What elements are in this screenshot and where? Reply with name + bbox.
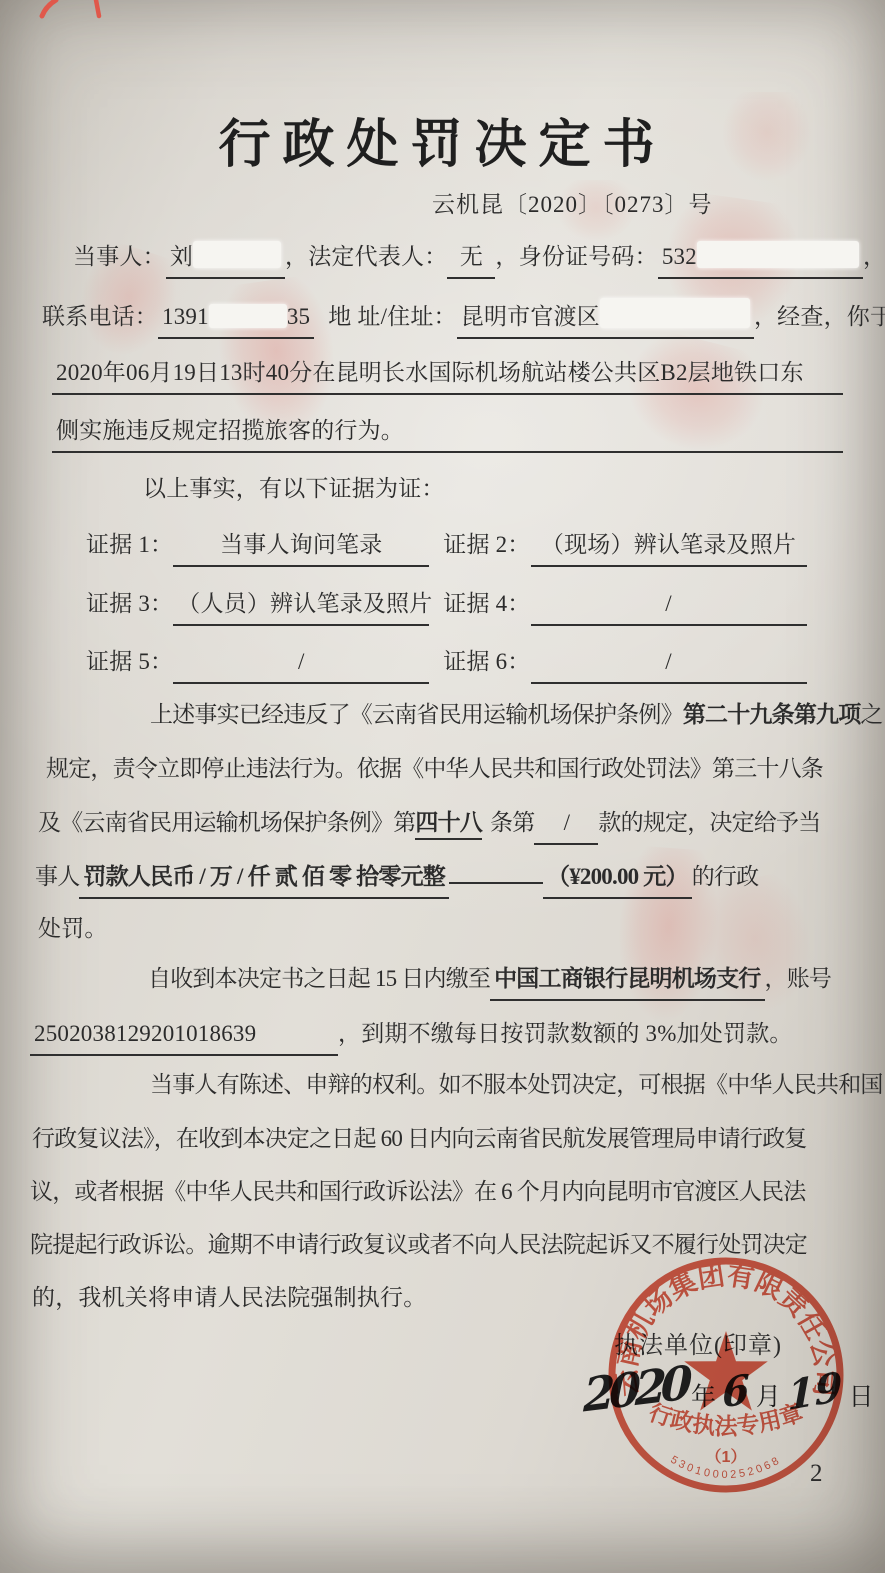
- rights-line-2: 行政复议法》，在收到本决定之日起 60 日内向云南省民航发展管理局申请行政复: [32, 1122, 807, 1156]
- official-seal: 云南机场集团有限责任公司 行政执法专用章 （1） 5301000252068: [601, 1250, 851, 1500]
- clause-number: /: [534, 806, 598, 845]
- red-pen-mark: [28, 0, 158, 20]
- id-number: 532: [658, 240, 863, 279]
- evidence-item-value: /: [531, 645, 807, 684]
- phone-label: 联系电话：: [42, 304, 158, 329]
- decision-line-2: 规定，责令立即停止违法行为。依据《中华人民共和国行政处罚法》第三十八条: [46, 752, 823, 786]
- party-label: 当事人：: [73, 244, 166, 269]
- redaction-mark: [193, 241, 281, 268]
- evidence-row: 证据 1：当事人询问笔录证据 2：（现场）辨认笔录及照片: [86, 528, 807, 567]
- evidence-item-label: 证据 2：: [443, 532, 530, 557]
- contact-line: 联系电话：139135地 址/住址：昆明市官渡区，经查，你于: [42, 298, 885, 339]
- address-label: 地 址/住址：: [328, 304, 457, 329]
- evidence-item-label: 证据 5：: [86, 649, 173, 674]
- page-title: 行政处罚决定书: [0, 102, 885, 177]
- violation-line-1: 2020年06月19日13时40分在昆明长水国际机场航站楼公共区B2层地铁口东: [52, 356, 843, 395]
- account-number: 2502038129201018639: [30, 1017, 338, 1056]
- payment-line-2: 2502038129201018639，到期不缴每日按罚款数额的 3%加处罚款。: [30, 1017, 793, 1056]
- seal-purpose-text: 行政执法专用章: [646, 1399, 806, 1439]
- evidence-row: 证据 5：/证据 6：/: [86, 645, 807, 684]
- bank-name: 中国工商银行昆明机场支行: [490, 962, 764, 1001]
- fine-amount: 罚款人民币 / 万 / 仟 贰 佰 零 拾零元整: [79, 860, 449, 899]
- rights-line-3: 议，或者根据《中华人民共和国行政诉讼法》在 6 个月内向昆明市官渡区人民法: [30, 1175, 805, 1209]
- evidence-intro: 以上事实，有以下证据为证：: [143, 472, 445, 506]
- redaction-mark: [209, 304, 287, 328]
- decision-line-5: 处罚。: [38, 912, 108, 946]
- decision-line-4: 事人罚款人民币 / 万 / 仟 贰 佰 零 拾零元整（¥200.00 元）的行政: [35, 860, 758, 899]
- evidence-item-label: 证据 3：: [86, 591, 173, 616]
- seal-star-icon: [684, 1331, 768, 1411]
- redaction-mark: [697, 241, 859, 268]
- evidence-item-value: （现场）辨认笔录及照片: [531, 528, 807, 567]
- party-name: 刘: [166, 240, 285, 279]
- redaction-mark: [600, 298, 750, 328]
- rights-line-1: 当事人有陈述、申辩的权利。如不服本处罚决定，可根据《中华人民共和国: [150, 1068, 883, 1102]
- decision-line-3: 及《云南省民用运输机场保护条例》第四十八条第/款的规定，决定给予当: [38, 806, 820, 845]
- phone-number: 139135: [158, 300, 314, 339]
- evidence-row: 证据 3：（人员）辨认笔录及照片证据 4：/: [86, 587, 807, 626]
- violation-line-2: 侧实施违反规定招揽旅客的行为。: [52, 414, 843, 453]
- seal-number: （1）: [706, 1448, 747, 1466]
- evidence-item-value: 当事人询问笔录: [173, 528, 429, 567]
- evidence-item-label: 证据 4：: [443, 591, 530, 616]
- evidence-item-value: （人员）辨认笔录及照片: [173, 587, 429, 626]
- evidence-item-value: /: [531, 587, 807, 626]
- decision-line-1: 上述事实已经违反了《云南省民用运输机场保护条例》第二十九条第九项之: [150, 698, 883, 732]
- cited-clause: 第二十九条第九项: [683, 702, 861, 727]
- fine-amount-figures: （¥200.00 元）: [543, 860, 692, 899]
- party-line: 当事人：刘，法定代表人：无，身份证号码：532，: [73, 240, 885, 279]
- cited-article: 四十八: [415, 810, 482, 840]
- rights-line-5: 的，我机关将申请人民法院强制执行。: [32, 1281, 426, 1315]
- address: 昆明市官渡区: [457, 298, 754, 339]
- payment-line-1: 自收到本决定书之日起 15 日内缴至中国工商银行昆明机场支行，账号: [148, 962, 831, 1001]
- document-number: 云机昆〔2020〕〔0273〕号: [432, 188, 713, 222]
- legal-rep-value: 无: [447, 240, 495, 279]
- fine-amount-gap: [449, 879, 543, 884]
- scanned-penalty-document: 行政处罚决定书 云机昆〔2020〕〔0273〕号 当事人：刘，法定代表人：无，身…: [0, 0, 885, 1573]
- evidence-item-value: /: [173, 645, 429, 684]
- evidence-item-label: 证据 1：: [86, 532, 173, 557]
- evidence-item-label: 证据 6：: [443, 649, 530, 674]
